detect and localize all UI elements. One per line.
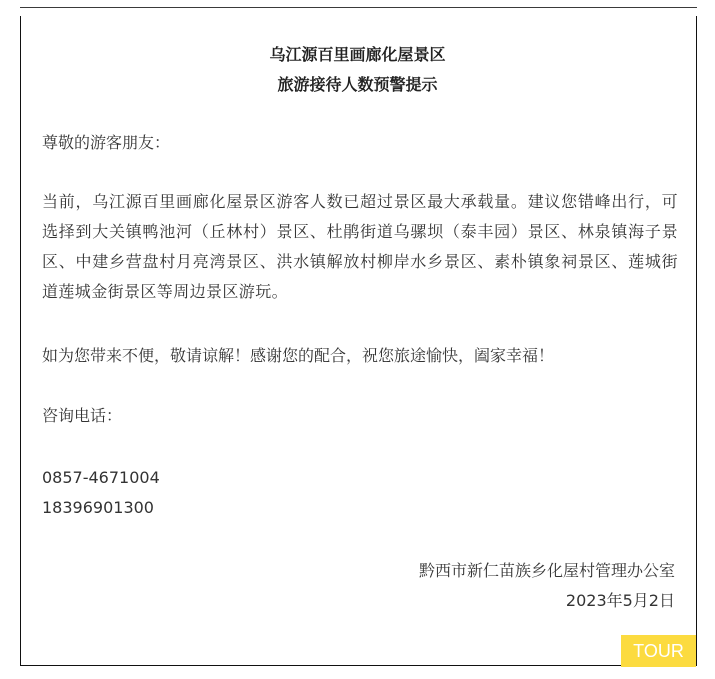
top-divider [20,7,697,8]
consult-label: 咨询电话： [42,401,678,431]
apology-paragraph: 如为您带来不便，敬请谅解！感谢您的配合，祝您旅途愉快，阖家幸福！ [42,341,678,371]
body-paragraph: 当前，乌江源百里画廊化屋景区游客人数已超过景区最大承载量。建议您错峰出行，可选择… [42,187,678,307]
notice-title: 乌江源百里画廊化屋景区 [0,42,715,65]
greeting: 尊敬的游客朋友： [42,128,678,158]
notice-subtitle: 旅游接待人数预警提示 [0,72,715,95]
signature-date: 2023年5月2日 [566,586,675,616]
tour-badge: TOUR [621,635,696,667]
phone-number-1: 0857-4671004 [42,463,678,493]
signature-organization: 黔西市新仁苗族乡化屋村管理办公室 [419,556,675,586]
phone-number-2: 18396901300 [42,493,678,523]
